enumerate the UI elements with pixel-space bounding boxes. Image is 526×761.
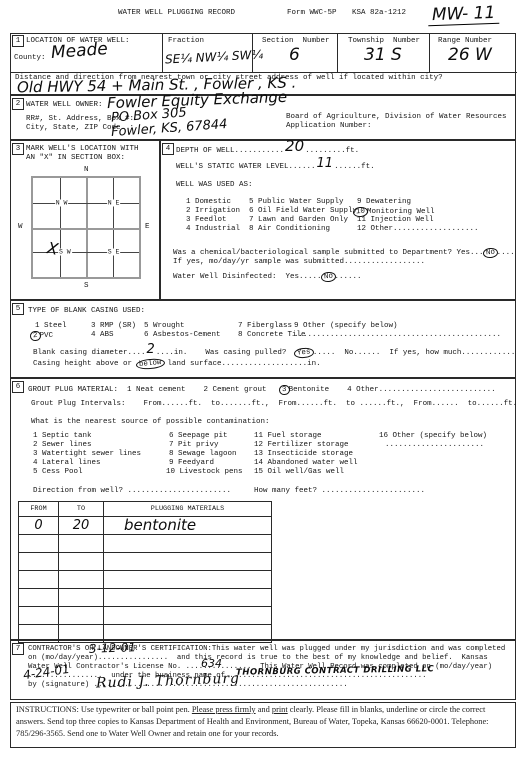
disinfected-tail: ......: [335, 273, 362, 281]
section1-divider: [11, 72, 517, 73]
casing-rmp: 3 RMP (SR): [91, 322, 136, 331]
material-value: bentonite: [124, 516, 196, 534]
contam-14: 14 Abandoned water well: [254, 459, 358, 468]
diameter-label: Blank casing diameter....: [33, 349, 146, 357]
casing-wrought: 5 Wrought: [144, 322, 185, 331]
contam-8: 8 Sewage lagoon: [169, 450, 237, 459]
instructions-seg1: INSTRUCTIONS: Use typewriter or ball poi…: [16, 705, 192, 714]
county-label: County:: [14, 54, 46, 63]
casing-diameter-line: Blank casing diameter....2....in. Was ca…: [33, 348, 515, 358]
circled-pulled-yes: Yes: [294, 347, 314, 359]
disinfected-line: Water Well Disinfected: Yes.....No......: [173, 272, 362, 282]
swl-tail: ......ft.: [334, 163, 375, 171]
direction-from-well-label: Direction from well? ...................…: [33, 487, 231, 496]
pulled-tail: ..... No...... If yes, how much.........…: [313, 349, 516, 357]
section1-number: 1: [12, 35, 24, 47]
from-cell: 0: [19, 517, 59, 535]
plugging-materials-table: FROM TO PLUGGING MATERIALS 0 20 bentonit…: [18, 501, 272, 643]
owner-label: WATER WELL OWNER:: [26, 101, 103, 110]
to-header: TO: [59, 502, 104, 517]
table-row: [19, 607, 272, 625]
section5-casing-box: 5 TYPE OF BLANK CASING USED: 1 Steel 3 R…: [10, 300, 516, 378]
section4-well-info-box: 4 DEPTH OF WELL...........20.........ft.…: [160, 140, 516, 300]
contam-16: 16 Other (specify below): [379, 432, 487, 441]
instructions-underline1: Please press firmly: [192, 705, 256, 714]
diameter-mid: ....in. Was casing pulled?: [156, 349, 296, 357]
circled-sample-no: No: [482, 247, 498, 259]
depth-of-well-line: DEPTH OF WELL...........20.........ft.: [176, 147, 359, 156]
section-grid: N W N E S W S E X: [31, 176, 141, 279]
grid-hline-25: [33, 203, 139, 204]
table-row: [19, 553, 272, 571]
to-cell: 20: [59, 517, 104, 535]
use-8: 8 Air Conditioning: [249, 225, 330, 234]
static-water-level-line: WELL'S STATIC WATER LEVEL......11......f…: [176, 163, 375, 172]
grout-material-line: GROUT PLUG MATERIAL: 1 Neat cement 2 Cem…: [28, 385, 496, 395]
fraction-label: Fraction: [168, 37, 204, 46]
use-6: 6 Oil Field Water Supply: [249, 207, 357, 216]
use-4: 4 Industrial: [186, 225, 240, 234]
section3-title-line1: MARK WELL'S LOCATION WITH: [26, 145, 139, 154]
contam-10: 10 Livestock pens: [166, 468, 243, 477]
contam-5: 5 Cess Pool: [33, 468, 83, 477]
swl-label: WELL'S STATIC WATER LEVEL......: [176, 163, 316, 171]
depth-label: DEPTH OF WELL...........: [176, 147, 284, 155]
section5-number: 5: [12, 303, 24, 315]
contam-3: 3 Watertight sewer lines: [33, 450, 141, 459]
contam-13: 13 Insecticide storage: [254, 450, 353, 459]
instructions-box: INSTRUCTIONS: Use typewriter or ball poi…: [10, 702, 516, 748]
grout-material-label: GROUT PLUG MATERIAL: 1 Neat cement 2 Cem…: [28, 386, 280, 394]
use-12: 12 Other...................: [357, 225, 479, 234]
range-value: 26 W: [448, 47, 492, 64]
use-3: 3 Feedlot: [186, 216, 227, 225]
contam-16-dots: ......................: [385, 441, 484, 450]
table-row: [19, 571, 272, 589]
section5-title: TYPE OF BLANK CASING USED:: [28, 307, 145, 316]
casing-asbestos: 6 Asbestos-Cement: [144, 331, 221, 340]
application-number-label: Application Number:: [286, 122, 372, 131]
height-label: Casing height above or: [33, 360, 137, 368]
use-9: 9 Dewatering: [357, 198, 411, 207]
disinfected-question: Water Well Disinfected: Yes.....: [173, 273, 322, 281]
county-cell: 1 LOCATION OF WATER WELL: County: Meade: [11, 34, 163, 72]
height-tail: land surface...................in.: [163, 360, 321, 368]
use-11: 11 Injection Well: [357, 216, 434, 225]
statute-number: KSA 82a-1212: [352, 9, 406, 18]
instructions-seg2: and: [256, 705, 272, 714]
well-used-as-label: WELL WAS USED AS:: [176, 181, 253, 190]
grid-nw-label: N W: [55, 199, 69, 206]
township-value: 31 S: [364, 47, 402, 64]
date-plugged-value: 3-12-01: [89, 641, 136, 655]
water-well-plugging-record-form: WATER WELL PLUGGING RECORD Form WWC-5P K…: [0, 0, 526, 761]
circled-below: below: [135, 358, 164, 371]
contamination-label: What is the nearest source of possible c…: [31, 418, 270, 427]
section-number-value: 6: [289, 47, 300, 64]
owner-value: Fowler Equity Exchange: [107, 90, 288, 111]
form-title: WATER WELL PLUGGING RECORD: [118, 9, 235, 18]
table-row: 0 20 bentonite: [19, 517, 272, 535]
section6-number: 6: [12, 381, 24, 393]
sample-question-line: Was a chemical/bacteriological sample su…: [173, 248, 515, 258]
sample-date-label: If yes, mo/day/yr sample was submitted..…: [173, 258, 425, 267]
grid-hline-50: [33, 228, 139, 230]
material-cell: bentonite: [104, 517, 272, 535]
section2-number: 2: [12, 98, 24, 110]
circled-casing-2: 2: [30, 331, 41, 342]
use-2: 2 Irrigation: [186, 207, 240, 216]
section1-location-box: 1 LOCATION OF WATER WELL: County: Meade …: [10, 33, 516, 95]
section-number-cell: Section Number 6: [253, 34, 338, 72]
section3-location-grid-box: 3 MARK WELL'S LOCATION WITH AN "X" IN SE…: [10, 140, 160, 300]
from-header: FROM: [19, 502, 59, 517]
section3-number: 3: [12, 143, 24, 155]
use-7: 7 Lawn and Garden Only: [249, 216, 348, 225]
use-5: 5 Public Water Supply: [249, 198, 344, 207]
to-value: 20: [73, 518, 90, 533]
from-value: 0: [34, 518, 42, 533]
casing-pvc: 2PVC: [31, 331, 53, 341]
range-cell: Range Number 26 W: [430, 34, 517, 72]
contam-12: 12 Fertilizer storage: [254, 441, 349, 450]
circled-bentonite-3: 3: [279, 385, 290, 396]
instructions-text: INSTRUCTIONS: Use typewriter or ball poi…: [16, 704, 510, 739]
table-row: [19, 535, 272, 553]
fraction-value: SE¼ NW¼ SW¼: [165, 48, 264, 65]
license-number-value: 634: [201, 658, 222, 669]
casing-steel: 1 Steel: [35, 322, 67, 331]
contam-15: 15 Oil well/Gas well: [254, 468, 344, 477]
grid-north-label: N: [84, 166, 89, 175]
contam-4: 4 Lateral lines: [33, 459, 101, 468]
form-number: Form WWC-5P: [287, 9, 337, 18]
contam-7: 7 Pit privy: [169, 441, 219, 450]
grid-ne-label: N E: [107, 199, 121, 206]
grid-east-label: E: [145, 223, 150, 232]
how-many-feet-label: How many feet? .......................: [254, 487, 425, 496]
instructions-underline2: print: [272, 705, 288, 714]
grid-sw-label: S W: [58, 249, 72, 256]
sample-question: Was a chemical/bacteriological sample su…: [173, 249, 484, 257]
depth-tail: .........ft.: [305, 147, 359, 155]
circled-disinfected-no: No: [320, 271, 336, 283]
section2-owner-box: 2 WATER WELL OWNER: Fowler Equity Exchan…: [10, 95, 516, 140]
well-id-handwritten: MW- 11: [428, 5, 500, 26]
grid-south-label: S: [84, 282, 89, 291]
table-header-row: FROM TO PLUGGING MATERIALS: [19, 502, 272, 517]
contam-1: 1 Septic tank: [33, 432, 92, 441]
use-10-label: Monitoring Well: [367, 208, 435, 216]
casing-abs: 4 ABS: [91, 331, 114, 340]
casing-other: 9 Other (specify below): [294, 322, 398, 331]
contam-2: 2 Sewer lines: [33, 441, 92, 450]
board-label: Board of Agriculture, Division of Water …: [286, 113, 507, 122]
table-row: [19, 589, 272, 607]
section4-number: 4: [162, 143, 174, 155]
casing-fiberglass: 7 Fiberglass: [238, 322, 292, 331]
contam-11: 11 Fuel storage: [254, 432, 322, 441]
township-cell: Township Number 31 S: [338, 34, 430, 72]
section7-certification-box: 7 CONTRACTOR'S OR LANDOWNER'S CERTIFICAT…: [10, 640, 516, 700]
section3-title-line2: AN "X" IN SECTION BOX:: [26, 154, 125, 163]
casing-height-line: Casing height above or below land surfac…: [33, 359, 321, 369]
casing-pvc-label: PVC: [40, 332, 54, 340]
county-value: Meade: [50, 41, 108, 62]
sample-tail: ....: [497, 249, 515, 257]
grout-intervals-line: Grout Plug Intervals: From......ft. to..…: [31, 400, 517, 409]
casing-other-dots: ........................................…: [294, 331, 501, 340]
fraction-cell: Fraction SE¼ NW¼ SW¼: [163, 34, 253, 72]
grid-west-label: W: [18, 223, 23, 232]
section6-grout-box: 6 GROUT PLUG MATERIAL: 1 Neat cement 2 C…: [10, 378, 516, 640]
contam-9: 9 Feedyard: [169, 459, 214, 468]
use-1: 1 Domestic: [186, 198, 231, 207]
contam-6: 6 Seepage pit: [169, 432, 228, 441]
grout-material-after: Bentonite 4 Other.......................…: [289, 386, 496, 394]
grid-se-label: S E: [107, 249, 121, 256]
section7-number: 7: [12, 643, 24, 655]
materials-header: PLUGGING MATERIALS: [104, 502, 272, 517]
